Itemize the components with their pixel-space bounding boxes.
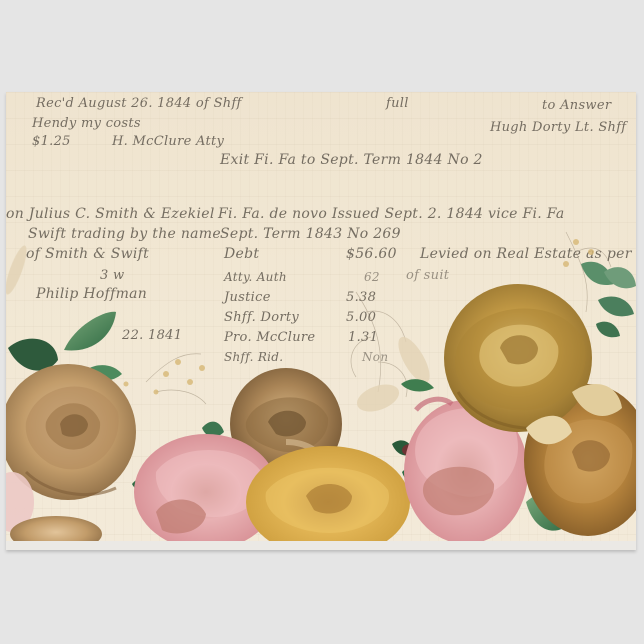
print-sheet: Rec'd August 26. 1844 of Shff Hendy my c… <box>6 92 636 550</box>
vintage-print: Rec'd August 26. 1844 of Shff Hendy my c… <box>6 92 636 541</box>
rose-bouquet-illustration <box>6 92 636 541</box>
